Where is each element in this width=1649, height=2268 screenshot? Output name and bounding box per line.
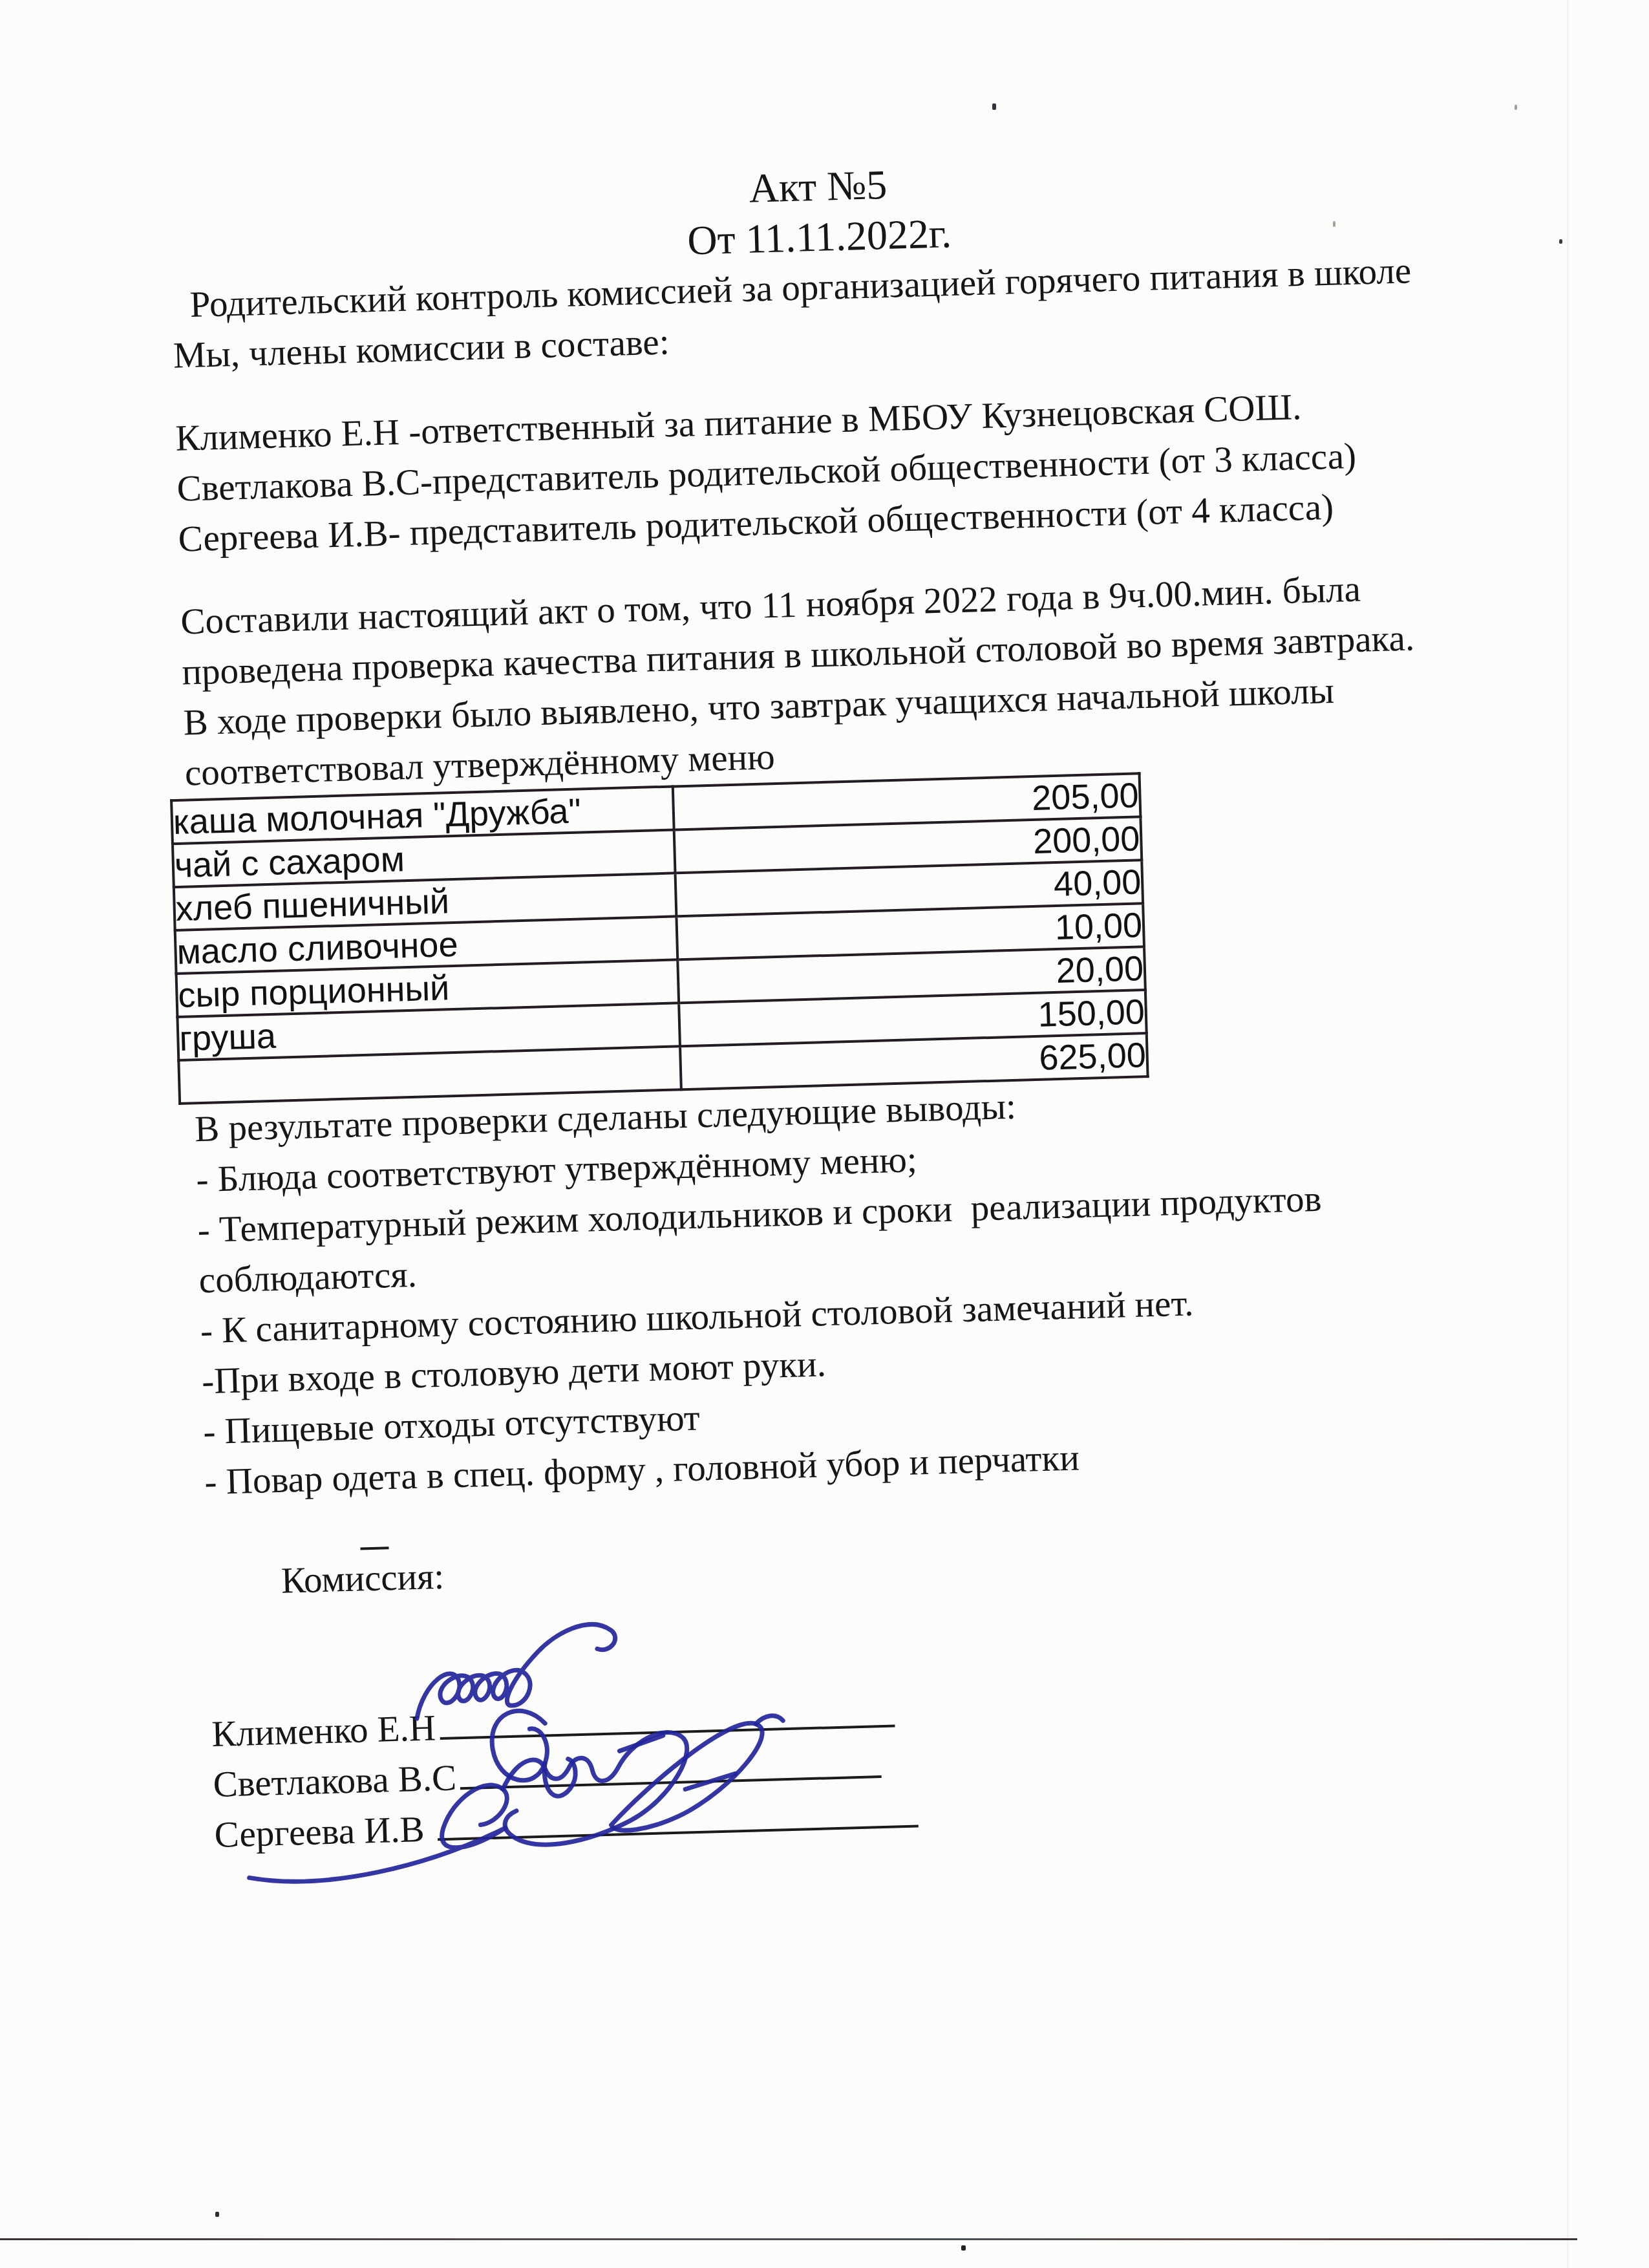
commission-label-text: Комиссия: <box>281 1556 445 1601</box>
scan-speck <box>1333 221 1335 227</box>
signature-line <box>460 1771 882 1790</box>
menu-table: каша молочная "Дружба" 205,00 чай с саха… <box>170 772 1149 1105</box>
scan-speck <box>1515 105 1517 110</box>
signatory-name: Клименко Е.Н <box>211 1707 436 1755</box>
scanner-streak <box>1567 0 1569 2268</box>
document-scan: Акт №5 От 11.11.2022г. Родительский конт… <box>0 0 1649 1866</box>
commission-label: Комиссия: <box>206 1471 1509 1709</box>
signature-line <box>440 1720 895 1740</box>
scan-edge-line <box>0 2238 1577 2240</box>
scan-speck <box>992 103 996 110</box>
signature-line <box>438 1821 919 1841</box>
signatory-name: Светлакова В.С <box>213 1757 457 1804</box>
underline-mark <box>360 1546 388 1550</box>
signatory-name: Сергеева И.В <box>214 1808 434 1855</box>
scanned-document-page: Акт №5 От 11.11.2022г. Родительский конт… <box>0 0 1649 2268</box>
document-content: Акт №5 От 11.11.2022г. Родительский конт… <box>0 0 1649 1866</box>
scan-speck <box>1559 239 1562 244</box>
scan-speck <box>215 2212 219 2217</box>
scan-speck <box>961 2245 966 2251</box>
